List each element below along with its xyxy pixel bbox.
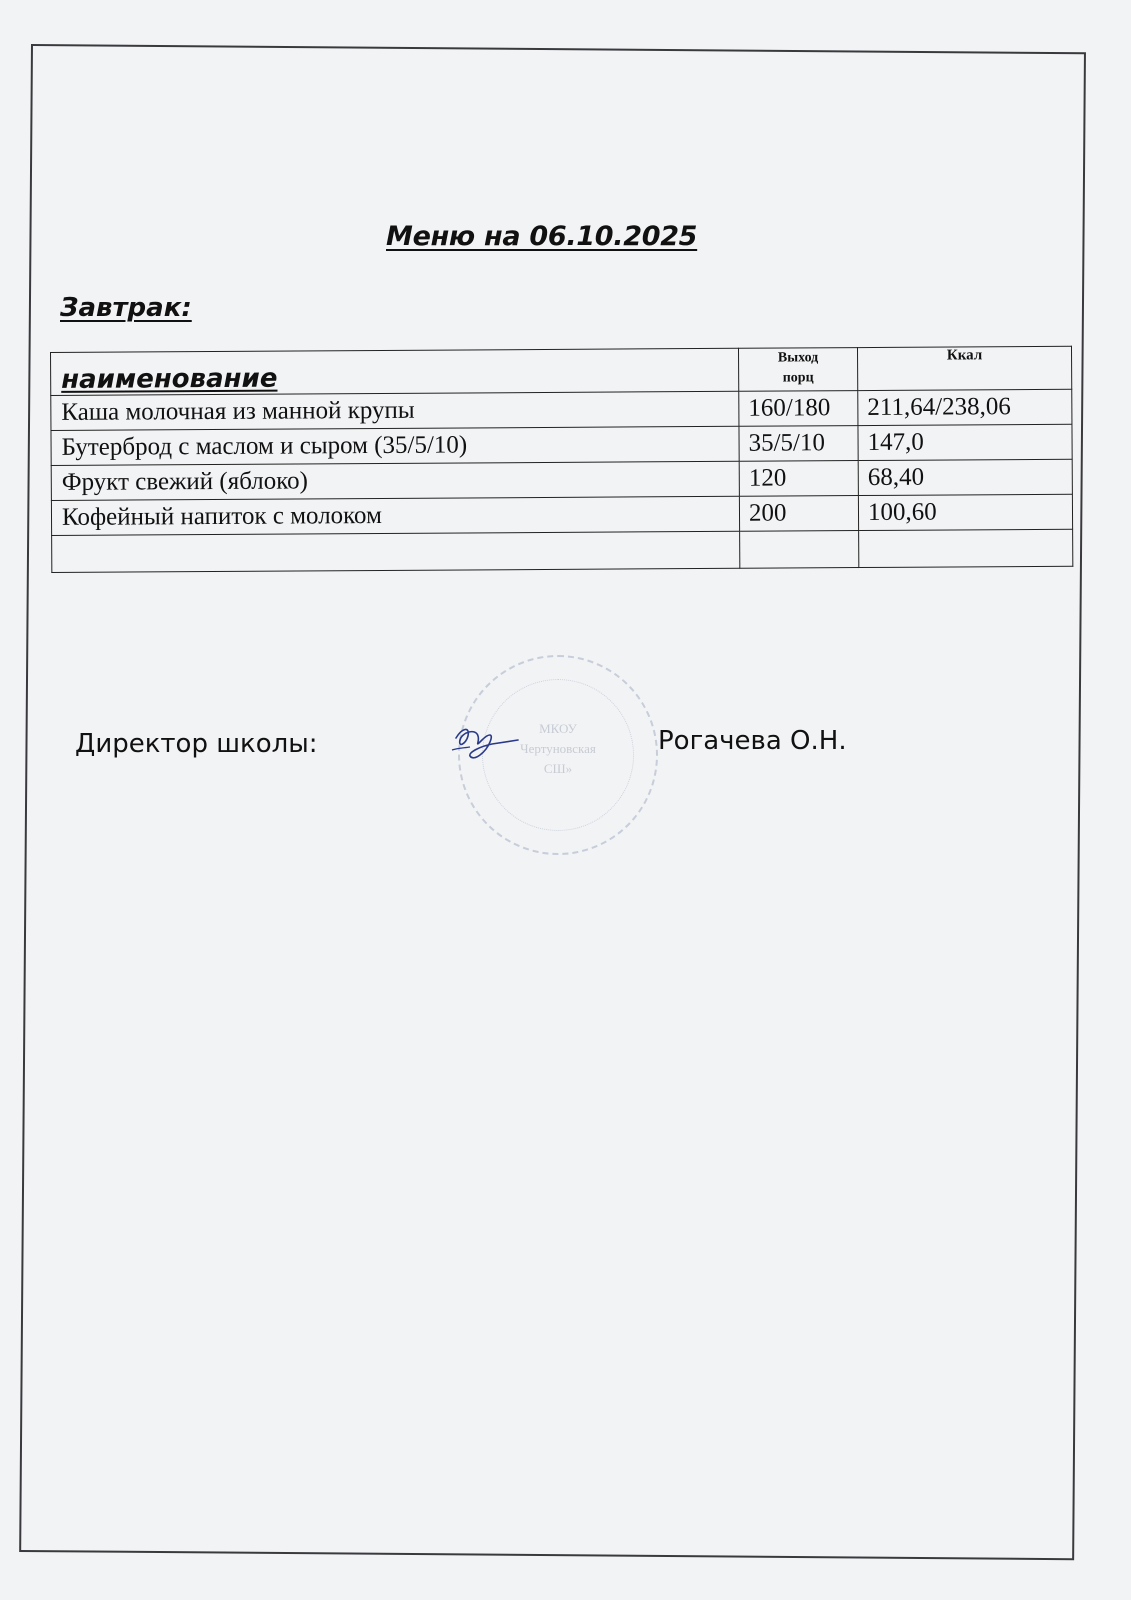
table-header-row: наименование Выходпорц Ккал [51,346,1072,395]
dish-name [52,531,740,572]
signature-icon [448,718,528,768]
dish-yield: 120 [739,461,858,497]
dish-name: Бутерброд с маслом и сыром (35/5/10) [51,426,739,465]
dish-yield: 160/180 [739,391,858,427]
dish-name: Кофейный напиток с молоком [51,496,739,535]
dish-kcal: 147,0 [858,424,1072,460]
director-name: Рогачева О.Н. [658,726,847,756]
meal-heading-breakfast: Завтрак: [60,293,192,323]
dish-name: Фрукт свежий (яблоко) [51,461,739,500]
column-header-name: наименование [51,348,739,395]
table-row-empty [52,529,1073,572]
menu-table: наименование Выходпорц Ккал Каша молочна… [50,346,1073,573]
column-header-yield: Выходпорц [738,348,857,392]
dish-kcal: 211,64/238,06 [858,389,1072,425]
document-title: Меню на 06.10.2025 [386,221,697,252]
dish-yield: 200 [739,496,858,532]
dish-name: Каша молочная из манной крупы [51,391,739,430]
dish-kcal: 100,60 [858,494,1072,530]
dish-kcal: 68,40 [858,459,1072,495]
director-label: Директор школы: [75,729,318,759]
dish-yield [740,531,859,569]
dish-kcal [859,529,1073,567]
column-header-kcal: Ккал [857,346,1071,390]
dish-yield: 35/5/10 [739,426,858,462]
